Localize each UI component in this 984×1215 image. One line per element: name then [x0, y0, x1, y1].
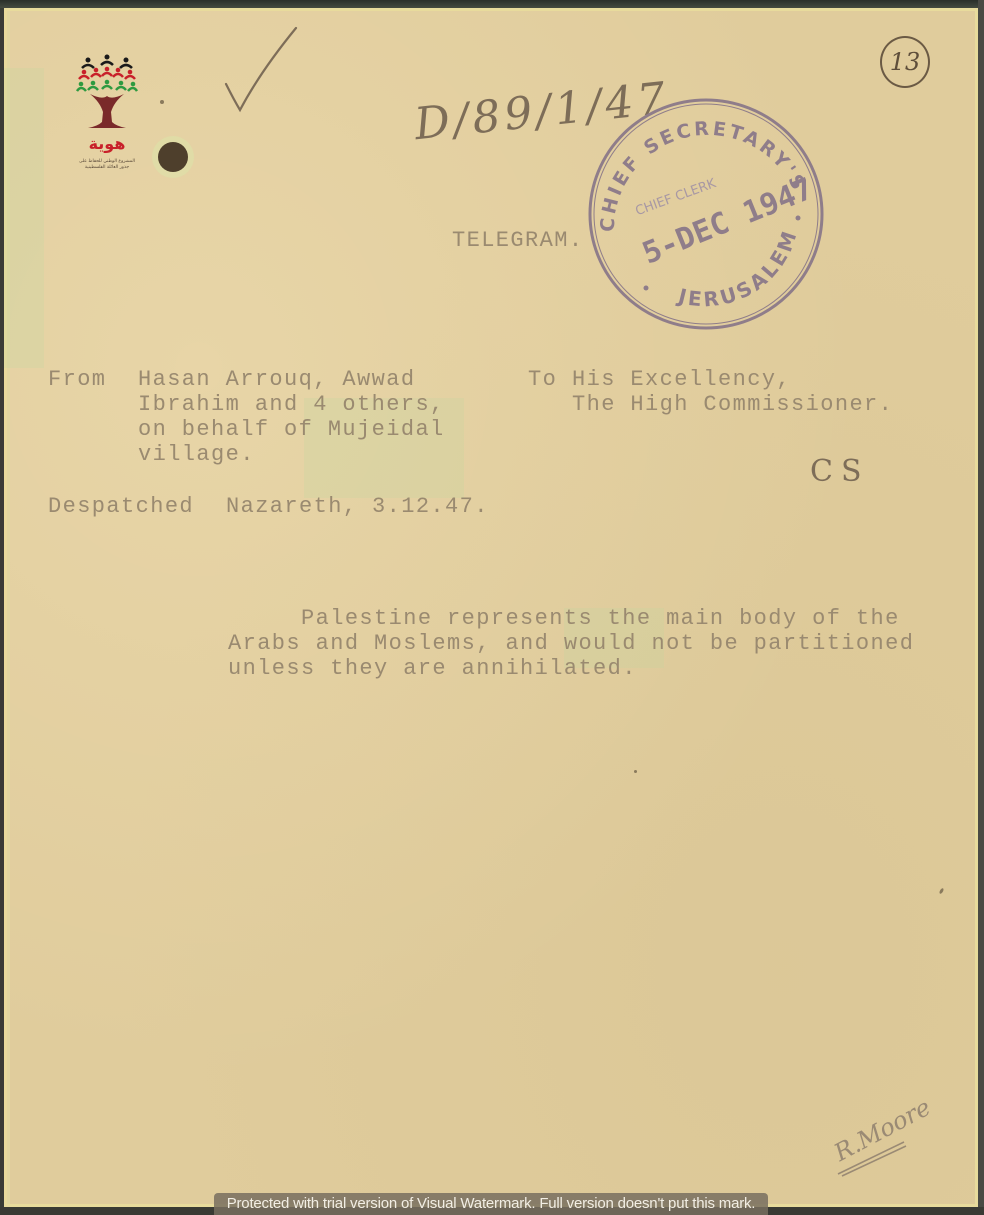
message-body-line-2: Arabs and Moslems, and would not be part…	[228, 631, 914, 656]
svg-text:المشروع الوطني للحفاظ على: المشروع الوطني للحفاظ على	[79, 159, 135, 164]
punch-hole	[158, 142, 188, 172]
sender-line-2: Ibrahim and 4 others,	[138, 392, 445, 417]
despatched-value: Nazareth, 3.12.47.	[226, 494, 489, 519]
scan-frame-right	[978, 0, 984, 1215]
to-label: To	[528, 367, 557, 392]
checkmark-icon	[220, 22, 302, 122]
despatched-label: Despatched	[48, 494, 194, 519]
from-label: From	[48, 367, 106, 392]
recipient-line-1: His Excellency,	[572, 367, 791, 392]
page-number-circled: 13	[880, 36, 930, 88]
svg-text:جذور العائلة الفلسطينية: جذور العائلة الفلسطينية	[85, 165, 129, 170]
speck	[634, 770, 637, 773]
sender-line-1: Hasan Arrouq, Awwad	[138, 367, 415, 392]
svg-text:هوية: هوية	[89, 134, 126, 153]
message-body-line-3: unless they are annihilated.	[228, 656, 637, 681]
sender-line-4: village.	[138, 442, 255, 467]
cs-annotation: CS	[810, 454, 870, 489]
family-tree-icon: هوية المشروع الوطني للحفاظ على جذور العا…	[76, 54, 138, 178]
chief-secretary-stamp: CHIEF SECRETARY'S OFFICE JERUSALEM CHIEF…	[584, 92, 828, 332]
message-body-line-1: Palestine represents the main body of th…	[228, 606, 900, 631]
speck	[160, 100, 164, 104]
hawiya-logo: هوية المشروع الوطني للحفاظ على جذور العا…	[76, 54, 138, 178]
received-stamp-icon: CHIEF SECRETARY'S OFFICE JERUSALEM CHIEF…	[584, 92, 828, 332]
sender-line-3: on behalf of Mujeidal	[138, 417, 445, 442]
scan-frame-top	[0, 0, 984, 8]
speck	[939, 888, 945, 895]
paper-discoloration	[4, 68, 44, 368]
telegram-document: هوية المشروع الوطني للحفاظ على جذور العا…	[4, 8, 978, 1207]
telegram-heading: TELEGRAM.	[452, 228, 583, 253]
signature-underline-icon	[834, 1138, 914, 1178]
recipient-line-2: The High Commissioner.	[572, 392, 893, 417]
trial-watermark-banner: Protected with trial version of Visual W…	[214, 1193, 768, 1215]
